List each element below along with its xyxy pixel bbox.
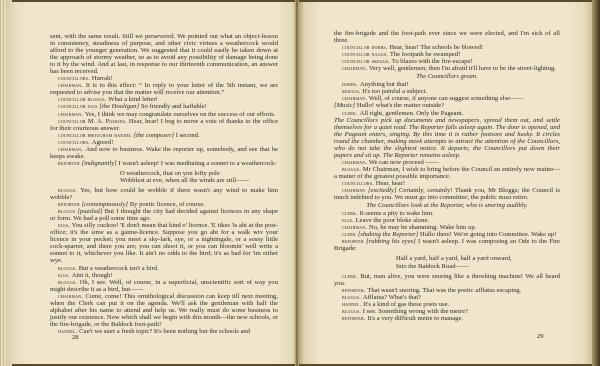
dialogue-line: bloggs. Yes, but how could he wobble if … bbox=[50, 187, 278, 201]
dialogue-line: [Music] Hullo! what's the matter outside… bbox=[334, 102, 560, 109]
dialogue-line: councillor dobbs. Hear, hear! The school… bbox=[334, 44, 560, 51]
dialogue-line: councillors. Agreed! bbox=[50, 139, 278, 146]
stage-direction: [shaking the Reporter] bbox=[358, 231, 420, 238]
speaker-name: bloggs. bbox=[342, 166, 363, 173]
speaker-name: chairman. bbox=[342, 65, 369, 72]
speaker-name: councillor skeggs. bbox=[342, 58, 392, 65]
dialogue-line: bloggs. Mr Chairman, I wish to bring bef… bbox=[334, 166, 560, 180]
page-edges-right bbox=[592, 0, 600, 366]
speaker-name: clerk bbox=[342, 231, 358, 238]
dialogue-line: chairman. Come, come! This ornithologica… bbox=[50, 293, 278, 328]
dialogue-line: councillor M. A. Poskins. Hear, hear! I … bbox=[50, 118, 278, 132]
verse-block: O weathercock, that on yon lofty poleWob… bbox=[50, 170, 278, 184]
speaker-name: reporter bbox=[58, 201, 82, 208]
stage-direction: The Councillors pick up documents and ne… bbox=[334, 117, 560, 159]
speaker-name: chairman. bbox=[342, 224, 369, 231]
speaker-name: bloggs bbox=[58, 208, 77, 215]
page-number: 29 bbox=[537, 333, 544, 340]
speaker-name: bloggs. bbox=[342, 294, 363, 301]
speaker-name: chairman. bbox=[342, 95, 369, 102]
speaker-name: bloggs. bbox=[342, 308, 363, 315]
stage-direction: The Councillors groan. bbox=[334, 73, 560, 80]
page-number: 28 bbox=[72, 334, 79, 341]
speaker-name: iggs. bbox=[58, 222, 72, 229]
dialogue-line: reporter [contemptuously] By poetic lice… bbox=[50, 201, 278, 208]
speaker-name: clerk. bbox=[342, 210, 360, 217]
left-page-text: sent, with the same result. Still we per… bbox=[50, 33, 278, 335]
speaker-name: clerk. bbox=[342, 110, 360, 117]
dialogue-line: the fire-brigade and the foot-path ever … bbox=[334, 30, 560, 44]
speaker-name: reporter bbox=[58, 160, 82, 167]
dialogue-line: bloggs. Oh, I see. Well, of course, in a… bbox=[50, 279, 278, 293]
dialogue-line: councillors. Hurrah! bbox=[50, 75, 278, 82]
dialogue-line: reporter. It's a very difficult metre to… bbox=[334, 315, 560, 322]
speaker-name: iggs. bbox=[58, 272, 72, 279]
book-gutter bbox=[295, 0, 299, 366]
speaker-name: chairman. bbox=[58, 146, 85, 153]
dialogue-line: skeggs. It's too painful a subject. bbox=[334, 88, 560, 95]
dialogue-line: iggs. You silly cuckoo! 'E don't mean th… bbox=[50, 222, 278, 264]
dialogue-line: chairman. No, he may be shamming. Wake h… bbox=[334, 224, 560, 231]
dialogue-line: councillor skeggs. To blazes with the fi… bbox=[334, 58, 560, 65]
stage-direction: [rubbing his eyes] bbox=[366, 238, 418, 245]
dialogue-line: clerk. But, man alive, you were snoring … bbox=[334, 273, 560, 287]
open-book-spread: sent, with the same result. Still we per… bbox=[0, 0, 600, 366]
speaker-name: reporter. bbox=[342, 287, 367, 294]
dialogue-line: reporter [indignantly] I wasn't asleep! … bbox=[50, 160, 278, 167]
speaker-name: councillors. bbox=[58, 75, 92, 82]
speaker-name: chairman bbox=[342, 187, 368, 194]
speaker-name: councillor iggs bbox=[58, 103, 99, 110]
speaker-name: councillor dobbs. bbox=[342, 44, 389, 51]
speaker-name: chairman. bbox=[58, 82, 86, 89]
verse-block: Half a yard, half a yard, half a yard on… bbox=[334, 255, 560, 269]
dialogue-line: dobbs. Anything but that! bbox=[334, 81, 560, 88]
speaker-name: reporter. bbox=[342, 315, 367, 322]
dialogue-line: chairman. It is to this effect: “ In rep… bbox=[50, 82, 278, 96]
stage-direction: [puzzled] bbox=[77, 208, 104, 215]
speaker-name: iggs. bbox=[342, 217, 356, 224]
dialogue-line: chairman [excitedly] Certainly, certainl… bbox=[334, 187, 560, 201]
speaker-name: chairman. bbox=[342, 159, 369, 166]
dialogue-line: bloggs [puzzled] But I thought the city … bbox=[50, 208, 278, 222]
right-page-text: the fire-brigade and the foot-path ever … bbox=[334, 30, 560, 322]
dialogue-line: bloggs. I see. Something wrong with the … bbox=[334, 308, 560, 315]
speaker-name: bloggs. bbox=[58, 279, 80, 286]
speaker-name: councillor bloggs. bbox=[58, 96, 108, 103]
stage-direction: [the Hooligan] bbox=[99, 103, 140, 110]
speaker-name: councillor M. A. Poskins. bbox=[58, 118, 129, 125]
right-page: the fire-brigade and the foot-path ever … bbox=[298, 2, 592, 364]
dialogue-line: chairman. We can now proceed —— bbox=[334, 159, 560, 166]
dialogue-line: sent, with the same result. Still we per… bbox=[50, 33, 278, 75]
dialogue-line: handel. Can't we start a fresh topic? It… bbox=[50, 328, 278, 335]
speaker-name: councillors. bbox=[58, 139, 92, 146]
dialogue-line: clerk. It seems a pity to wake him. bbox=[334, 210, 560, 217]
stage-direction: [the composer] bbox=[134, 132, 176, 139]
stage-direction: [contemptuously] bbox=[82, 201, 130, 208]
speaker-name: councillor naggs. bbox=[342, 51, 390, 58]
dialogue-line: handel. It's a kind of gas these poets u… bbox=[334, 301, 560, 308]
speaker-name: clerk. bbox=[342, 273, 360, 280]
speaker-name: handel. bbox=[342, 301, 363, 308]
dialogue-line: bloggs. But a weathercock isn't a bird. bbox=[50, 265, 278, 272]
stage-direction: [excitedly] bbox=[368, 187, 399, 194]
stage-direction: [indignantly] bbox=[82, 160, 119, 167]
dialogue-line: chairman. Yes, I think we may congratula… bbox=[50, 111, 278, 118]
speaker-name: bloggs. bbox=[58, 187, 80, 194]
speaker-name: reporter bbox=[342, 238, 366, 245]
dialogue-line: reporter [rubbing his eyes] I wasn't asl… bbox=[334, 238, 560, 252]
dialogue-line: reporter. That wasn't snoring. That was … bbox=[334, 287, 560, 294]
dialogue-line: councillors. Hear, hear! bbox=[334, 180, 560, 187]
dialogue-line: chairman. Well, of course, if anyone can… bbox=[334, 95, 560, 102]
dialogue-line: iggs. Leave the poor bloke alone. bbox=[334, 217, 560, 224]
dialogue-line: clerk. All right, gentlemen. Only the Pa… bbox=[334, 110, 560, 117]
speaker-name: chairman. bbox=[58, 293, 85, 300]
stage-direction: The Councillors look at the Reporter, wh… bbox=[334, 202, 560, 209]
speaker-name: councillor brougham handel bbox=[58, 132, 134, 139]
speaker-name: bloggs. bbox=[58, 265, 79, 272]
dialogue-line: councillor naggs. The footpath be swampe… bbox=[334, 51, 560, 58]
dialogue-line: councillor brougham handel [the composer… bbox=[50, 132, 278, 139]
left-page: sent, with the same result. Still we per… bbox=[6, 2, 298, 364]
speaker-name: skeggs. bbox=[342, 88, 362, 95]
speaker-name: chairman. bbox=[58, 111, 85, 118]
dialogue-line: iggs. Aint it, though! bbox=[50, 272, 278, 279]
speaker-name: councillors. bbox=[342, 180, 376, 187]
dialogue-line: councillor iggs [the Hooligan] So friend… bbox=[50, 103, 278, 110]
dialogue-line: councillor bloggs. What a kind letter! bbox=[50, 96, 278, 103]
stage-direction: [Music] bbox=[334, 102, 357, 109]
dialogue-line: chairman. Very well, gentlemen; then I'm… bbox=[334, 65, 560, 72]
dialogue-line: chairman. And now to business. Wake the … bbox=[50, 146, 278, 160]
dialogue-line: bloggs. Afflatus? What's that? bbox=[334, 294, 560, 301]
speaker-name: dobbs. bbox=[342, 81, 360, 88]
dialogue-line: clerk [shaking the Reporter] Hullo there… bbox=[334, 231, 560, 238]
